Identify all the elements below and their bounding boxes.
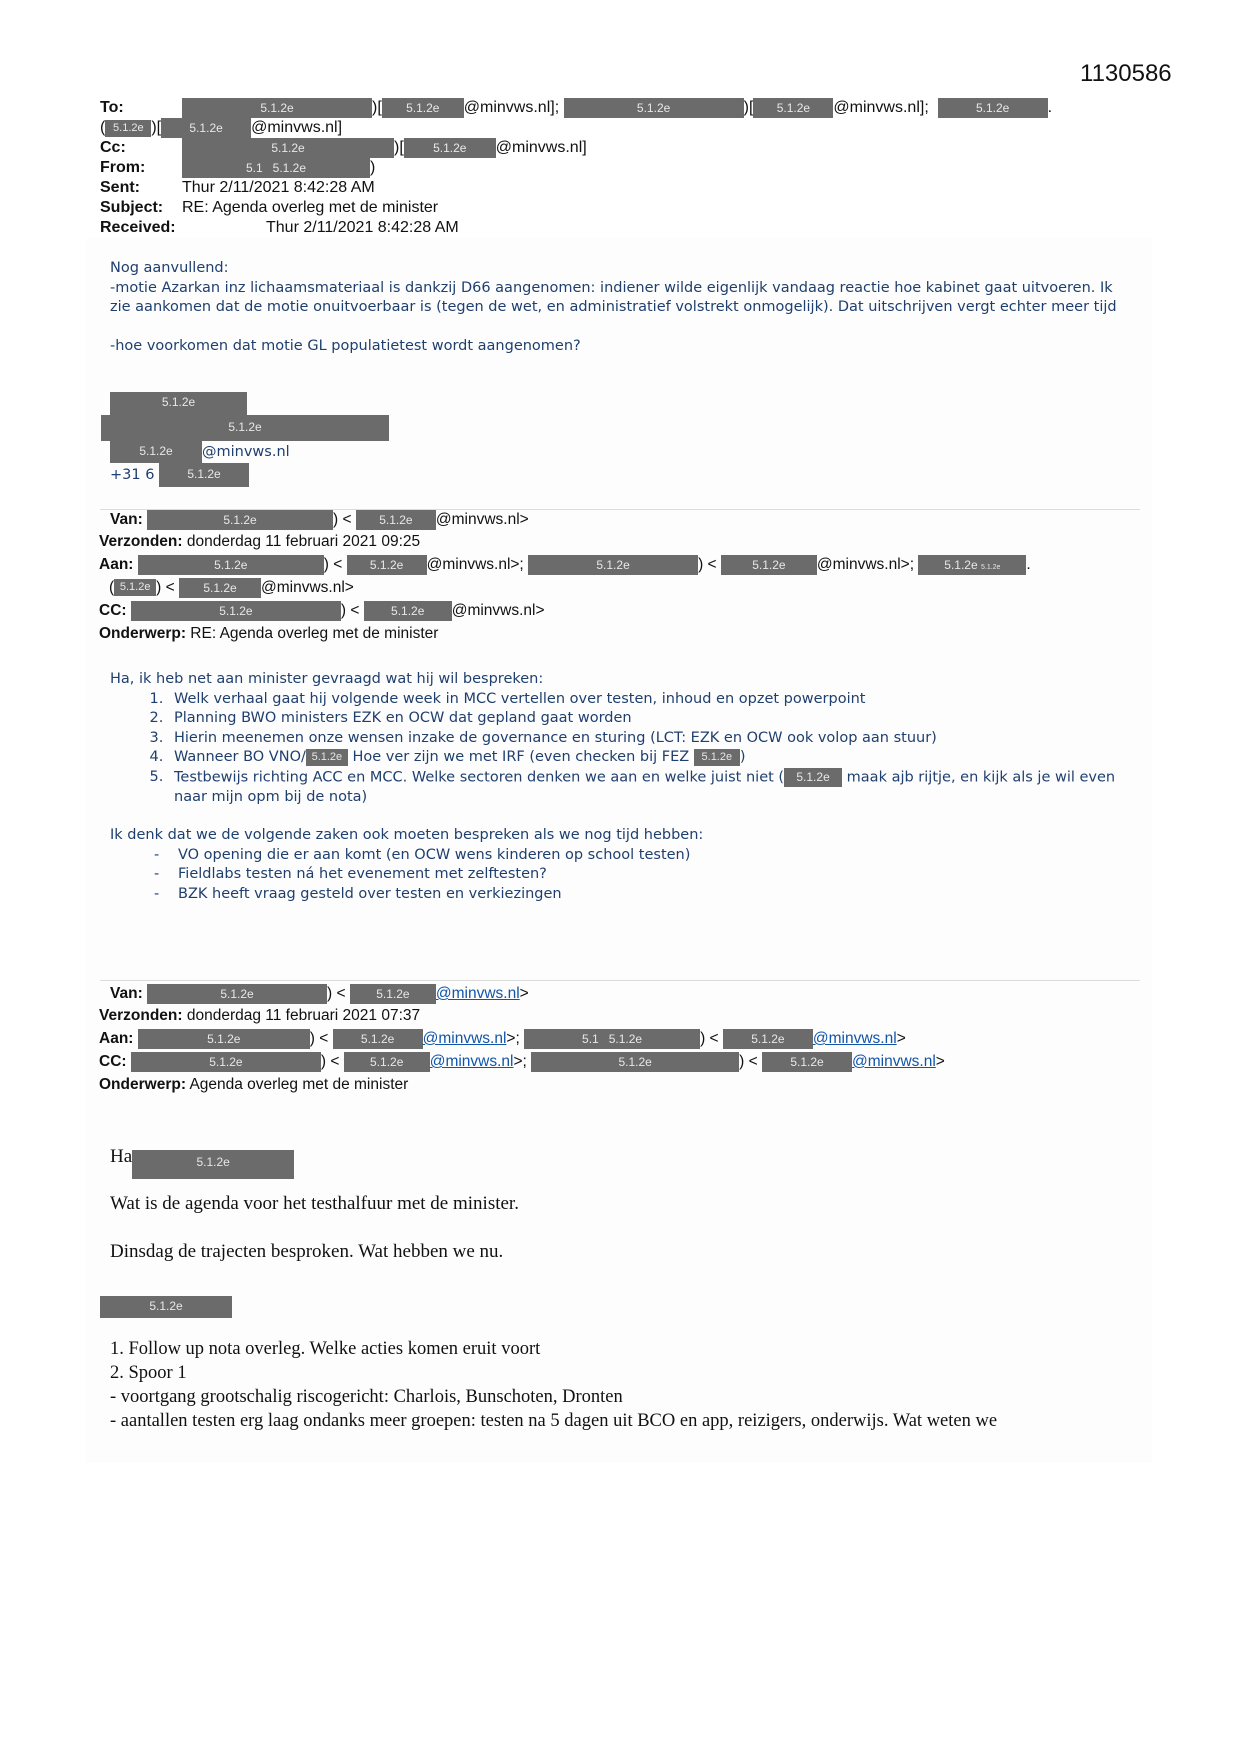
email-link[interactable]: @minvws.nl	[430, 1053, 514, 1070]
redaction: 5.1.2e	[721, 555, 817, 575]
text: 5.1.2e	[273, 161, 306, 175]
signature-phone: +31 6 5.1.2e	[110, 463, 249, 487]
msg3-agenda-item: - voortgang grootschalig riscogericht: C…	[110, 1385, 997, 1409]
signature-title-redaction: 5.1.2e	[101, 415, 389, 441]
redaction: 5.1.2e	[147, 510, 333, 530]
text: )[	[744, 99, 754, 116]
text: Onderwerp:	[99, 625, 186, 642]
header-cc-row: Cc:5.1.2e)[5.1.2e@minvws.nl]	[100, 138, 587, 158]
redaction: 5.1.2e	[382, 98, 464, 118]
redaction: 5.1.2e	[131, 1052, 321, 1072]
text: >	[897, 1030, 906, 1047]
subject-value: RE: Agenda overleg met de minister	[182, 199, 438, 216]
msg2-agenda-list: Welk verhaal gaat hij volgende week in M…	[110, 690, 1130, 808]
text: Hoe ver zijn we met IRF (even checken bi…	[348, 749, 694, 765]
cc-label: Cc:	[100, 138, 182, 158]
redaction: 5.1.2e 5.1.2e	[918, 555, 1026, 575]
msg3-greeting: Ha5.1.2e	[110, 1146, 294, 1179]
subject: RE: Agenda overleg met de minister	[190, 625, 438, 642]
redaction: 5.1.2e	[114, 579, 156, 596]
text: ) <	[739, 1053, 758, 1070]
redaction: 5.1.2e	[147, 984, 327, 1004]
text: Testbewijs richting ACC en MCC. Welke se…	[174, 769, 784, 785]
msg2-followup-list: VO opening die er aan komt (en OCW wens …	[110, 846, 1130, 905]
redaction: 5.1.2e	[110, 392, 247, 415]
email-domain: @minvws.nl>	[436, 511, 529, 528]
text: Verzonden:	[99, 533, 183, 550]
agenda-item: Hierin meenemen onze wensen inzake de go…	[168, 729, 1130, 749]
text: ) <	[321, 1053, 340, 1070]
text: Verzonden:	[99, 1007, 183, 1024]
redaction: 5.1.2e	[938, 98, 1048, 118]
redaction: 5.1.2e	[138, 555, 324, 575]
agenda-item: Wanneer BO VNO/5.1.2e Hoe ver zijn we me…	[168, 748, 1130, 768]
msg3-van-row: Van: 5.1.2e) < 5.1.2e@minvws.nl>	[110, 982, 529, 1005]
text: CC:	[99, 1053, 127, 1070]
email-domain: @minvws.nl];	[464, 99, 559, 116]
text: )	[740, 749, 746, 765]
to-label: To:	[100, 98, 182, 118]
msg2-intro: Ha, ik heb net aan minister gevraagd wat…	[110, 670, 1130, 690]
text: )[	[151, 119, 161, 136]
text: ) <	[324, 556, 343, 573]
text: >	[936, 1053, 945, 1070]
header-from-row: From:5.1 5.1.2e)	[100, 158, 375, 178]
msg3-verzonden-row: Verzonden: donderdag 11 februari 2021 07…	[99, 1004, 420, 1027]
header-subject-row: Subject:RE: Agenda overleg met de minist…	[100, 198, 438, 218]
email-domain: @minvws.nl]	[251, 119, 342, 136]
received-label: Received:	[100, 218, 266, 238]
msg3-line2: Dinsdag de trajecten besproken. Wat hebb…	[110, 1241, 503, 1263]
text: ) <	[333, 511, 352, 528]
subject-label: Subject:	[100, 198, 182, 218]
text: Aan:	[99, 1030, 133, 1047]
msg3-agenda: 1. Follow up nota overleg. Welke acties …	[110, 1337, 997, 1433]
text: Onderwerp:	[99, 1076, 186, 1093]
header-to-row-2: (5.1.2e)[5.1.2e@minvws.nl]	[100, 118, 342, 138]
text: +31 6	[110, 467, 154, 483]
redaction: 5.1.2e	[528, 555, 698, 575]
msg3-onderwerp-row: Onderwerp: Agenda overleg met de ministe…	[99, 1073, 408, 1096]
redaction: 5.1.2e	[161, 118, 251, 138]
header-sent-row: Sent:Thur 2/11/2021 8:42:28 AM	[100, 178, 375, 198]
followup-item: BZK heeft vraag gesteld over testen en v…	[154, 885, 1130, 905]
text: Van:	[110, 985, 143, 1002]
reply-question: -hoe voorkomen dat motie GL populatietes…	[110, 337, 1120, 357]
redaction: 5.1.2e	[364, 601, 452, 621]
email-link[interactable]: @minvws.nl	[852, 1053, 936, 1070]
redaction: 5.1.2e	[159, 463, 249, 487]
msg2-aan-row-2: (5.1.2e) < 5.1.2e@minvws.nl>	[109, 576, 354, 599]
text: 5.1	[246, 161, 263, 175]
redaction: 5.1.2e	[356, 510, 436, 530]
email-link[interactable]: @minvws.nl	[423, 1030, 507, 1047]
text: ) <	[698, 556, 717, 573]
text: Aan:	[99, 556, 133, 573]
reply-intro: Nog aanvullend:	[110, 259, 1120, 279]
redaction: 5.1.2e	[344, 1052, 430, 1072]
header-to-row: To:5.1.2e)[5.1.2e@minvws.nl]; 5.1.2e)[5.…	[100, 98, 1052, 118]
followup-item: Fieldlabs testen ná het evenement met ze…	[154, 865, 1130, 885]
text: >;	[506, 1030, 519, 1047]
agenda-item: Planning BWO ministers EZK en OCW dat ge…	[168, 709, 1130, 729]
redaction: 5.1.2e	[723, 1029, 813, 1049]
text: >;	[514, 1053, 527, 1070]
text: )	[370, 159, 375, 176]
redaction: 5.1.2e	[347, 555, 427, 575]
text: ) <	[156, 579, 175, 596]
text: @minvws.nl>	[261, 579, 354, 596]
redaction: 5.1.2e	[762, 1052, 852, 1072]
van-label: Van:	[110, 511, 143, 528]
followup-item: VO opening die er aan komt (en OCW wens …	[154, 846, 1130, 866]
text: ) <	[700, 1030, 719, 1047]
document-id: 1130586	[1080, 60, 1172, 88]
reply-body: Nog aanvullend: -motie Azarkan inz licha…	[110, 259, 1120, 356]
redaction: 5.1.2e	[784, 768, 842, 787]
redaction: 5.1.2e	[350, 984, 436, 1004]
redaction: 5.1.2e	[110, 441, 202, 463]
redaction: 5.1.2e	[404, 138, 496, 158]
header-received-row: Received:Thur 2/11/2021 8:42:28 AM	[100, 218, 459, 238]
redaction: 5.1.2e	[179, 578, 261, 598]
text	[110, 807, 1130, 826]
msg3-cc-row: CC: 5.1.2e) < 5.1.2e@minvws.nl>; 5.1.2e)…	[99, 1050, 945, 1073]
msg3-agenda-item: - aantallen testen erg laag ondanks meer…	[110, 1409, 997, 1433]
text: >	[520, 985, 529, 1002]
redaction: 5.1 5.1.2e	[182, 158, 370, 178]
text: .	[1026, 556, 1030, 573]
agenda-item: Welk verhaal gaat hij volgende week in M…	[168, 690, 1130, 710]
redaction: 5.1.2e	[753, 98, 833, 118]
redaction: 5.1.2e	[306, 749, 348, 766]
msg3-agenda-item: 1. Follow up nota overleg. Welke acties …	[110, 1337, 997, 1361]
msg2-aan-row: Aan: 5.1.2e) < 5.1.2e@minvws.nl>; 5.1.2e…	[99, 553, 1031, 576]
redaction: 5.1.2e	[182, 138, 394, 158]
msg2-cc-row: CC: 5.1.2e) < 5.1.2e@minvws.nl>	[99, 599, 545, 622]
redaction: 5.1.2e	[333, 1029, 423, 1049]
msg2-van-row: Van: 5.1.2e) < 5.1.2e@minvws.nl>	[110, 508, 529, 531]
msg2-body: Ha, ik heb net aan minister gevraagd wat…	[110, 670, 1130, 904]
text: )[	[372, 99, 382, 116]
msg3-redaction: 5.1.2e	[100, 1296, 232, 1318]
text: 5.1	[582, 1032, 599, 1046]
text: 5.1.2e	[944, 558, 977, 572]
text: @minvws.nl>;	[427, 556, 524, 573]
text: .	[1048, 99, 1052, 116]
msg2-followup-intro: Ik denk dat we de volgende zaken ook moe…	[110, 826, 1130, 846]
redaction: 5.1.2e	[564, 98, 744, 118]
redaction: 5.1.2e	[182, 98, 372, 118]
agenda-item: Testbewijs richting ACC en MCC. Welke se…	[168, 768, 1130, 808]
signature-email: 5.1.2e@minvws.nl	[110, 441, 290, 463]
redaction: 5.1.2e	[694, 749, 740, 766]
redaction: 5.1.2e	[132, 1150, 294, 1179]
redaction: 5.1.2e	[131, 601, 341, 621]
text: Ha	[110, 1146, 132, 1167]
text: 5.1.2e	[981, 564, 1000, 571]
subject: Agenda overleg met de minister	[189, 1076, 408, 1093]
redaction: 5.1.2e	[138, 1029, 310, 1049]
redaction: 5.1.2e	[105, 120, 151, 137]
sent-date: donderdag 11 februari 2021 07:37	[187, 1007, 420, 1024]
msg3-agenda-item: 2. Spoor 1	[110, 1361, 997, 1385]
email-link[interactable]: @minvws.nl	[436, 985, 520, 1002]
text: ) <	[327, 985, 346, 1002]
signature-name-redaction: 5.1.2e	[110, 392, 247, 415]
email-domain: @minvws.nl]	[496, 139, 587, 156]
text	[110, 318, 1120, 337]
email-link[interactable]: @minvws.nl	[813, 1030, 897, 1047]
text: Wanneer BO VNO/	[174, 749, 306, 765]
redaction: 5.1.2e	[531, 1052, 739, 1072]
msg2-onderwerp-row: Onderwerp: RE: Agenda overleg met de min…	[99, 622, 438, 645]
redaction: 5.1.2e	[100, 1296, 232, 1318]
redaction: 5.1 5.1.2e	[524, 1029, 700, 1049]
sent-value: Thur 2/11/2021 8:42:28 AM	[182, 179, 375, 196]
text: @minvws.nl	[202, 444, 290, 460]
text: ) <	[341, 602, 360, 619]
reply-motie-paragraph: -motie Azarkan inz lichaamsmateriaal is …	[110, 279, 1120, 318]
text: @minvws.nl>;	[817, 556, 914, 573]
message-separator	[100, 980, 1140, 981]
msg3-aan-row: Aan: 5.1.2e) < 5.1.2e@minvws.nl>; 5.1 5.…	[99, 1027, 906, 1050]
msg3-line1: Wat is de agenda voor het testhalfuur me…	[110, 1193, 519, 1215]
sent-date: donderdag 11 februari 2021 09:25	[187, 533, 420, 550]
text: @minvws.nl>	[452, 602, 545, 619]
from-label: From:	[100, 158, 182, 178]
msg2-verzonden-row: Verzonden: donderdag 11 februari 2021 09…	[99, 530, 420, 553]
redaction: 5.1.2e	[101, 415, 389, 441]
text: ) <	[310, 1030, 329, 1047]
text: 5.1.2e	[609, 1032, 642, 1046]
received-value: Thur 2/11/2021 8:42:28 AM	[266, 219, 459, 236]
text: CC:	[99, 602, 127, 619]
sent-label: Sent:	[100, 178, 182, 198]
email-domain: @minvws.nl];	[833, 99, 928, 116]
text: )[	[394, 139, 404, 156]
